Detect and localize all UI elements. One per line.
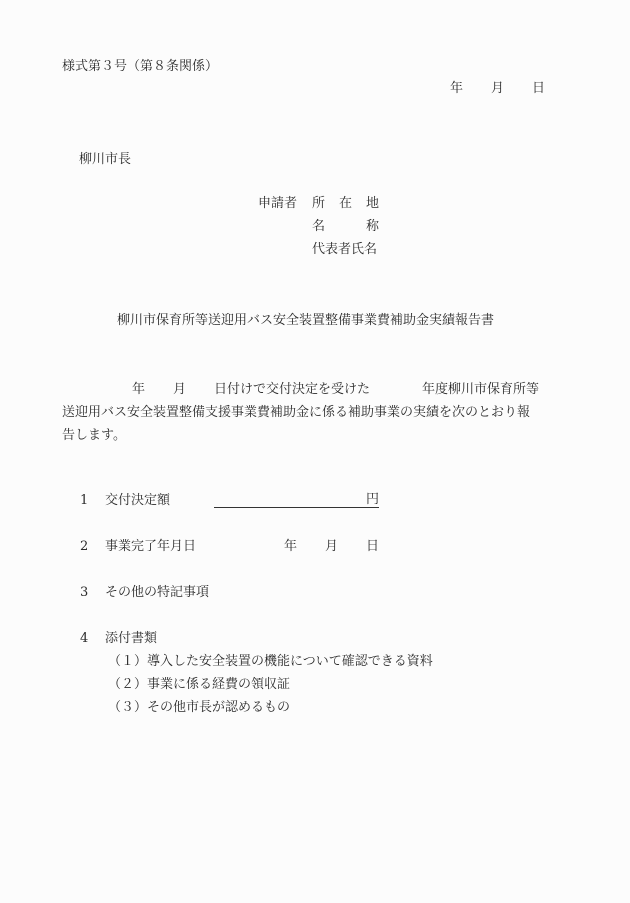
body-month: 月 [173,382,186,397]
document-title: 柳川市保育所等送迎用バス安全装置整備事業費補助金実績報告書 [117,313,494,329]
item-grant-amount: 1交付決定額 [80,493,170,509]
body-line-1: 年月日付けで交付決定を受けた年度柳川市保育所等 [62,378,562,401]
applicant-address-label: 所 在 地 [312,196,379,212]
body-line-3: 告します。 [62,424,562,447]
applicant-name-label: 名 称 [312,219,379,235]
attachment-item-3: （３）その他市長が認めるもの [108,700,290,716]
attachment-item-2: （２）事業に係る経費の領収証 [108,677,290,693]
item-number: 2 [80,539,105,555]
applicant-label: 申請者 [258,196,297,212]
grant-amount-field[interactable]: 円 [214,492,379,508]
item-special-notes: 3その他の特記事項 [80,585,209,601]
label-char: 在 [339,196,352,212]
header-date-day: 日 [532,81,545,97]
completion-date-field: 年月日 [284,539,379,555]
header-date-year: 年 [450,81,463,97]
label-char: 名 [312,219,325,235]
item-number: 3 [80,585,105,601]
item-number: 1 [80,493,105,509]
completion-day: 日 [366,539,379,554]
completion-year: 年 [284,539,297,554]
recipient: 柳川市長 [79,152,131,168]
body-line-2: 送迎用バス安全装置整備支援事業費補助金に係る補助事業の実績を次のとおり報 [62,401,562,424]
item-completion-date: 2事業完了年月日 [80,539,196,555]
body-year: 年 [132,382,145,397]
representative-label: 代表者氏名 [312,242,377,258]
yen-unit: 円 [366,492,379,508]
label-char: 地 [366,196,379,212]
item-label: 添付書類 [105,631,157,646]
item-number: 4 [80,631,105,647]
body-paragraph: 年月日付けで交付決定を受けた年度柳川市保育所等 送迎用バス安全装置整備支援事業費… [62,378,562,447]
item-label: その他の特記事項 [105,585,209,600]
header-date-month: 月 [491,81,504,97]
body-text: 日付けで交付決定を受けた [214,382,370,397]
form-number: 様式第３号（第８条関係） [62,59,218,75]
item-attachments: 4添付書類 [80,631,157,647]
body-fiscal-year: 年度柳川市保育所等 [422,382,539,397]
item-label: 交付決定額 [105,493,170,508]
label-char: 称 [366,219,379,235]
header-date: 年月日 [450,81,545,97]
label-char: 所 [312,196,325,212]
completion-month: 月 [325,539,338,554]
attachment-item-1: （１）導入した安全装置の機能について確認できる資料 [108,654,433,670]
item-label: 事業完了年月日 [105,539,196,554]
